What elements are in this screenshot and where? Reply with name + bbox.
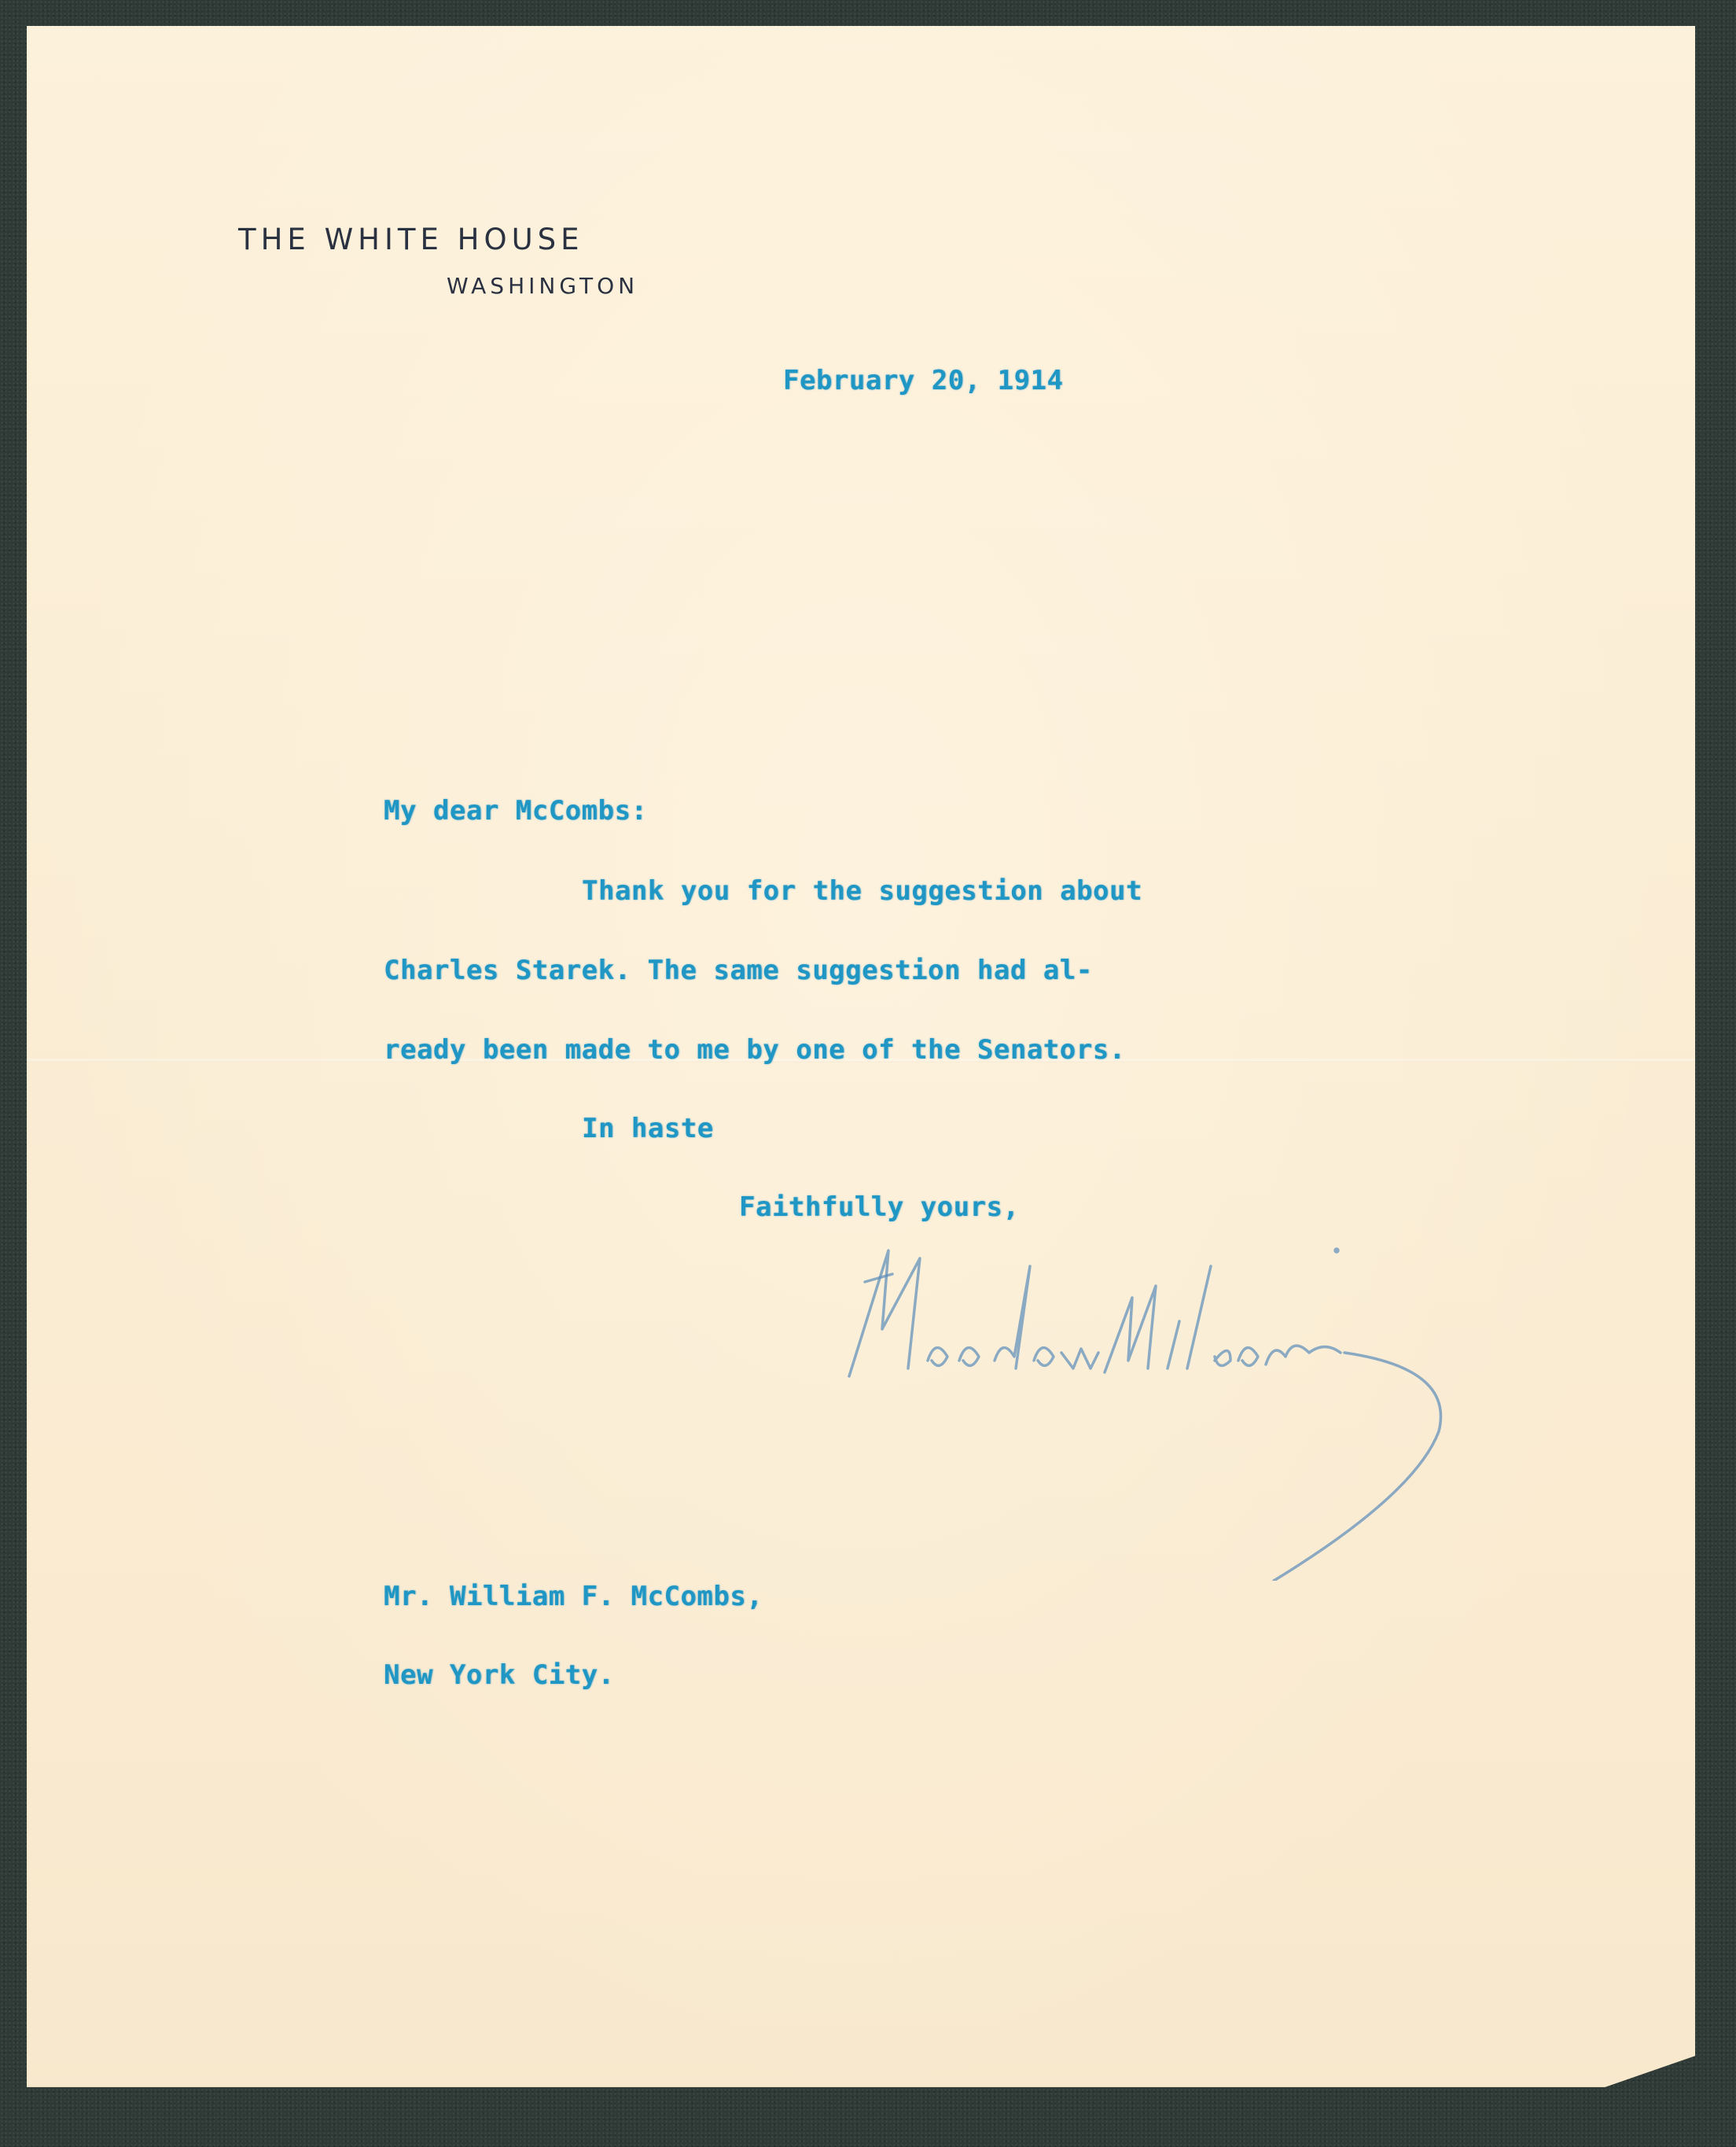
signature-flourish-icon [833,1235,1462,1581]
body-line: Charles Starek. The same suggestion had … [384,955,1093,986]
letterhead-title: THE WHITE HOUSE [238,223,584,256]
handwritten-signature [833,1235,1462,1581]
salutation: My dear McCombs: [384,795,648,827]
addressee-name: Mr. William F. McCombs, [384,1581,763,1612]
letter-date: February 20, 1914 [783,365,1064,396]
body-line: ready been made to me by one of the Sena… [384,1034,1126,1066]
closing-line: In haste [582,1113,714,1144]
closing-line: Faithfully yours, [739,1191,1020,1223]
letter-page [27,26,1695,2110]
addressee-city: New York City. [384,1659,615,1691]
body-line: Thank you for the suggestion about [582,875,1142,907]
letterhead-city: WASHINGTON [447,273,638,299]
